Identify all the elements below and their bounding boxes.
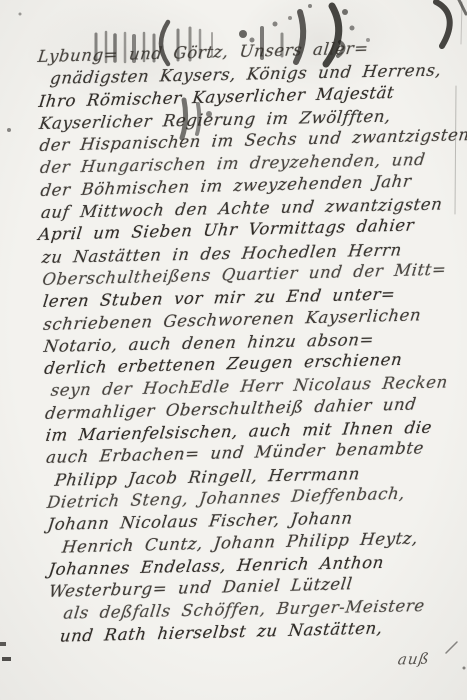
catchword: auß [397, 649, 431, 668]
manuscript-page: Lybung= und Görtz, Unsers aller= gnädigs… [0, 0, 467, 700]
manuscript-text: Lybung= und Görtz, Unsers aller= gnädigs… [36, 37, 467, 648]
